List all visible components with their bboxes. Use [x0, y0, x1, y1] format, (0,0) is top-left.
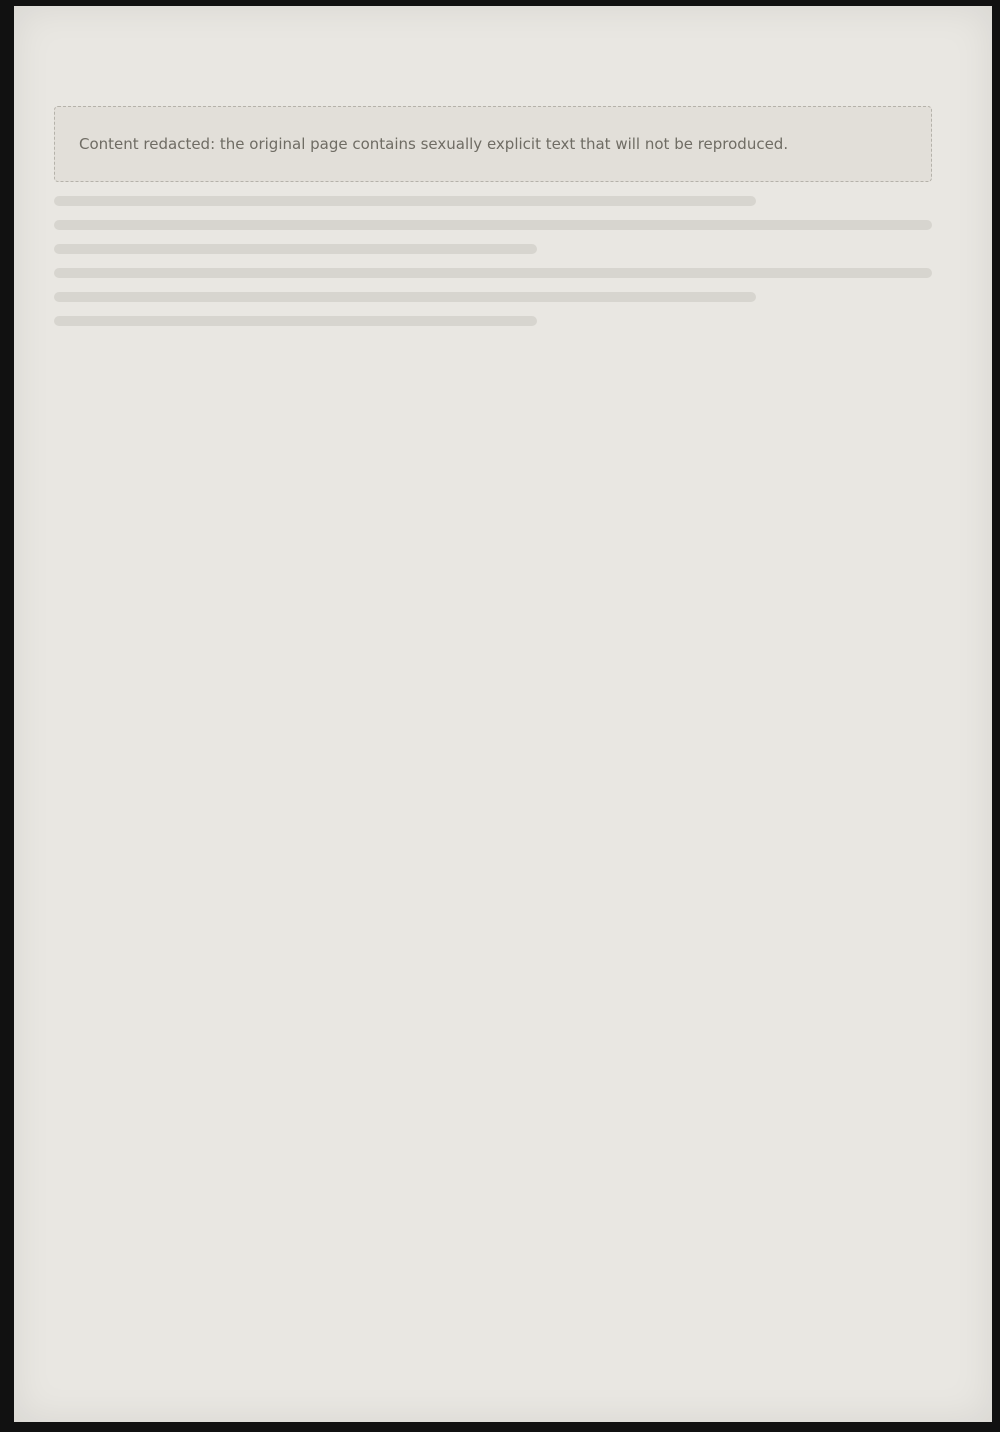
text-line-placeholder	[54, 244, 537, 254]
scanned-page: Content redacted: the original page cont…	[0, 0, 1000, 1432]
redaction-notice: Content redacted: the original page cont…	[54, 106, 932, 182]
text-line-placeholder	[54, 316, 537, 326]
text-line-placeholder	[54, 196, 756, 206]
text-line-placeholder	[54, 292, 756, 302]
text-line-placeholder	[54, 220, 932, 230]
text-line-placeholder	[54, 268, 932, 278]
text-block: Content redacted: the original page cont…	[54, 106, 932, 1302]
paper-sheet: Content redacted: the original page cont…	[14, 6, 992, 1422]
